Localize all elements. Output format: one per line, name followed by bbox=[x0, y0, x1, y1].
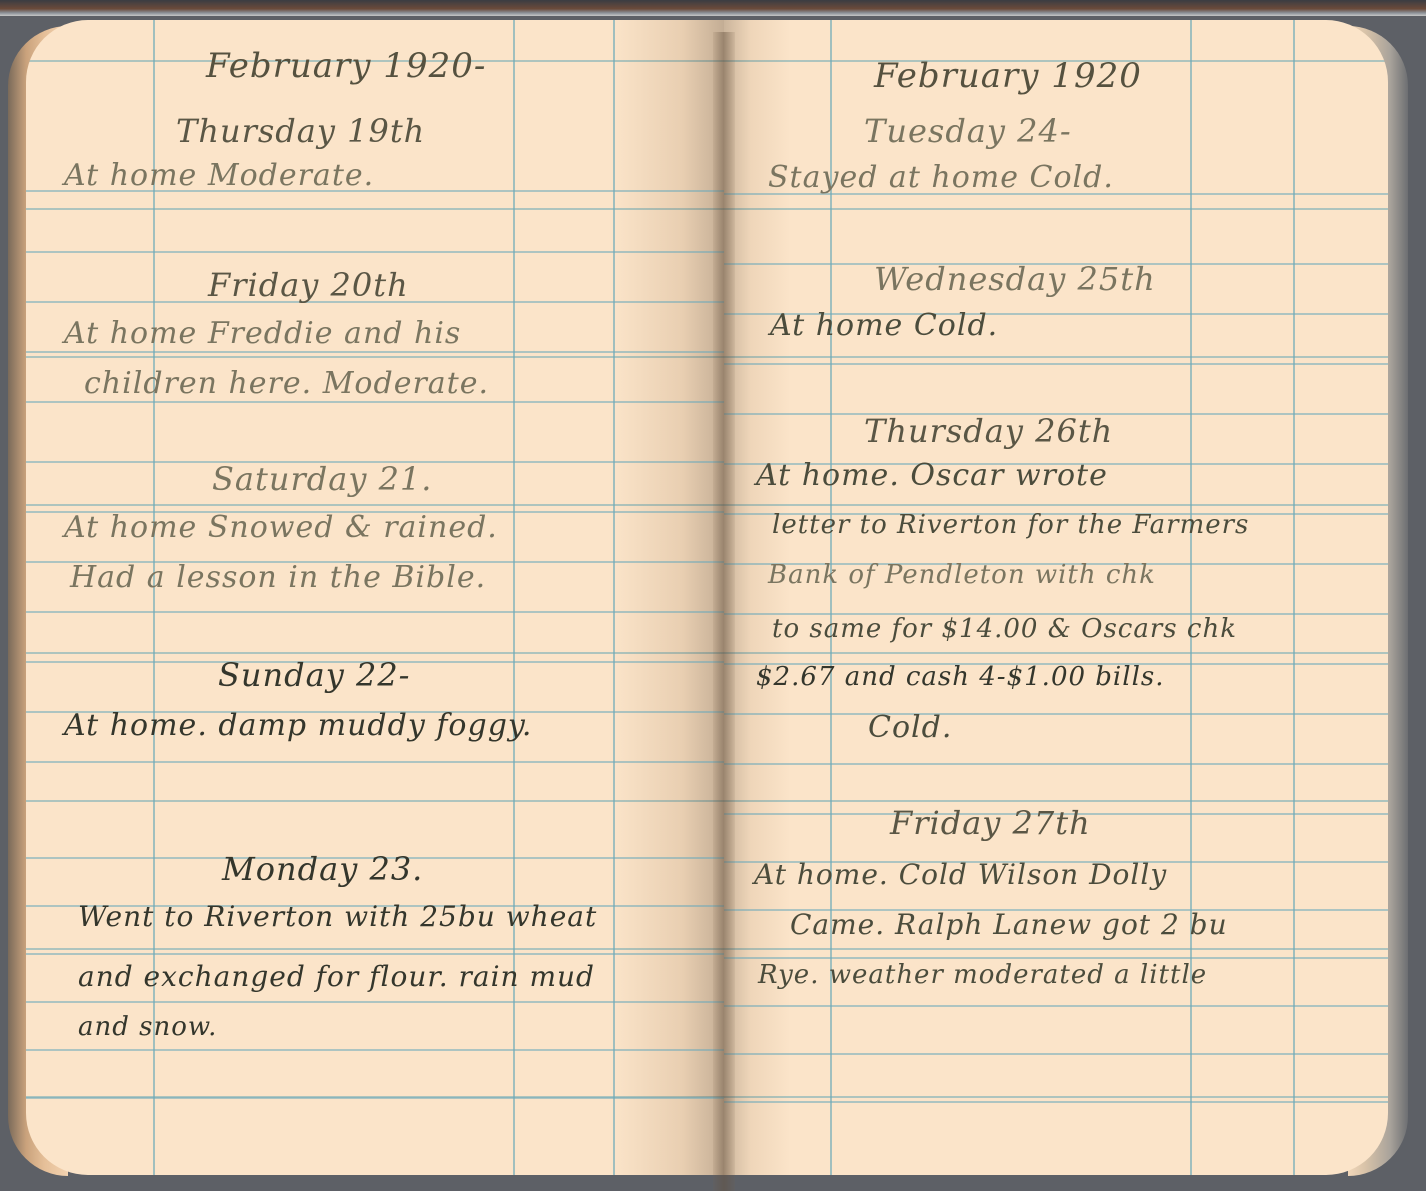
grid-hline bbox=[26, 611, 724, 613]
entry-day: Monday 23. bbox=[222, 850, 423, 888]
entry-line: Stayed at home Cold. bbox=[768, 160, 1114, 195]
entry-line: At home Cold. bbox=[770, 308, 998, 343]
open-diary: February 1920- Thursday 19th At home Mod… bbox=[8, 16, 1408, 1176]
grid-hline bbox=[724, 957, 1388, 959]
entry-line: and snow. bbox=[78, 1012, 217, 1042]
grid-hline bbox=[724, 1005, 1388, 1007]
entry-line: Cold. bbox=[868, 710, 952, 745]
grid-hline bbox=[724, 363, 1388, 365]
entry-line: At home. Oscar wrote bbox=[756, 458, 1108, 493]
grid-hline bbox=[26, 953, 724, 955]
grid-hline bbox=[26, 351, 724, 353]
entry-day: Sunday 22- bbox=[218, 656, 410, 694]
month-header: February 1920 bbox=[874, 56, 1142, 96]
book-spine bbox=[713, 32, 735, 1191]
entry-line: to same for $14.00 & Oscars chk bbox=[772, 614, 1237, 644]
entry-day: Friday 27th bbox=[890, 804, 1091, 842]
entry-day: Saturday 21. bbox=[212, 460, 432, 498]
entry-day: Friday 20th bbox=[208, 266, 409, 304]
entry-line: At home Freddie and his bbox=[64, 316, 461, 351]
entry-line: children here. Moderate. bbox=[84, 366, 489, 401]
right-page: February 1920 Tuesday 24- Stayed at home… bbox=[724, 20, 1388, 1175]
grid-hline bbox=[724, 1101, 1388, 1103]
left-page: February 1920- Thursday 19th At home Mod… bbox=[26, 20, 724, 1175]
scanner-top-strip bbox=[0, 0, 1426, 16]
grid-hline bbox=[26, 1097, 724, 1099]
entry-line: At home. damp muddy foggy. bbox=[64, 708, 532, 743]
entry-line: At home Moderate. bbox=[64, 158, 374, 193]
grid-hline bbox=[26, 1049, 724, 1051]
grid-hline bbox=[26, 251, 724, 253]
entry-day: Thursday 26th bbox=[864, 412, 1113, 450]
grid-hline bbox=[26, 1001, 724, 1003]
entry-line: Rye. weather moderated a little bbox=[758, 960, 1207, 990]
grid-hline bbox=[26, 401, 724, 403]
grid-hline bbox=[724, 713, 1388, 715]
entry-day: Tuesday 24- bbox=[864, 112, 1072, 150]
month-header: February 1920- bbox=[206, 46, 486, 86]
entry-line: $2.67 and cash 4-$1.00 bills. bbox=[756, 662, 1165, 692]
entry-line: At home. Cold Wilson Dolly bbox=[754, 858, 1167, 891]
entry-line: and exchanged for flour. rain mud bbox=[78, 960, 595, 993]
grid-hline bbox=[26, 761, 724, 763]
entry-day: Wednesday 25th bbox=[874, 260, 1156, 298]
entry-line: Went to Riverton with 25bu wheat bbox=[78, 900, 597, 933]
entry-day: Thursday 19th bbox=[176, 112, 425, 150]
entry-line: letter to Riverton for the Farmers bbox=[772, 510, 1249, 540]
entry-line: At home Snowed & rained. bbox=[64, 510, 498, 545]
grid-hline bbox=[724, 763, 1388, 765]
entry-line: Bank of Pendleton with chk bbox=[768, 560, 1156, 590]
entry-line: Came. Ralph Lanew got 2 bu bbox=[790, 908, 1228, 941]
entry-line: Had a lesson in the Bible. bbox=[70, 560, 486, 595]
grid-hline bbox=[724, 1053, 1388, 1055]
